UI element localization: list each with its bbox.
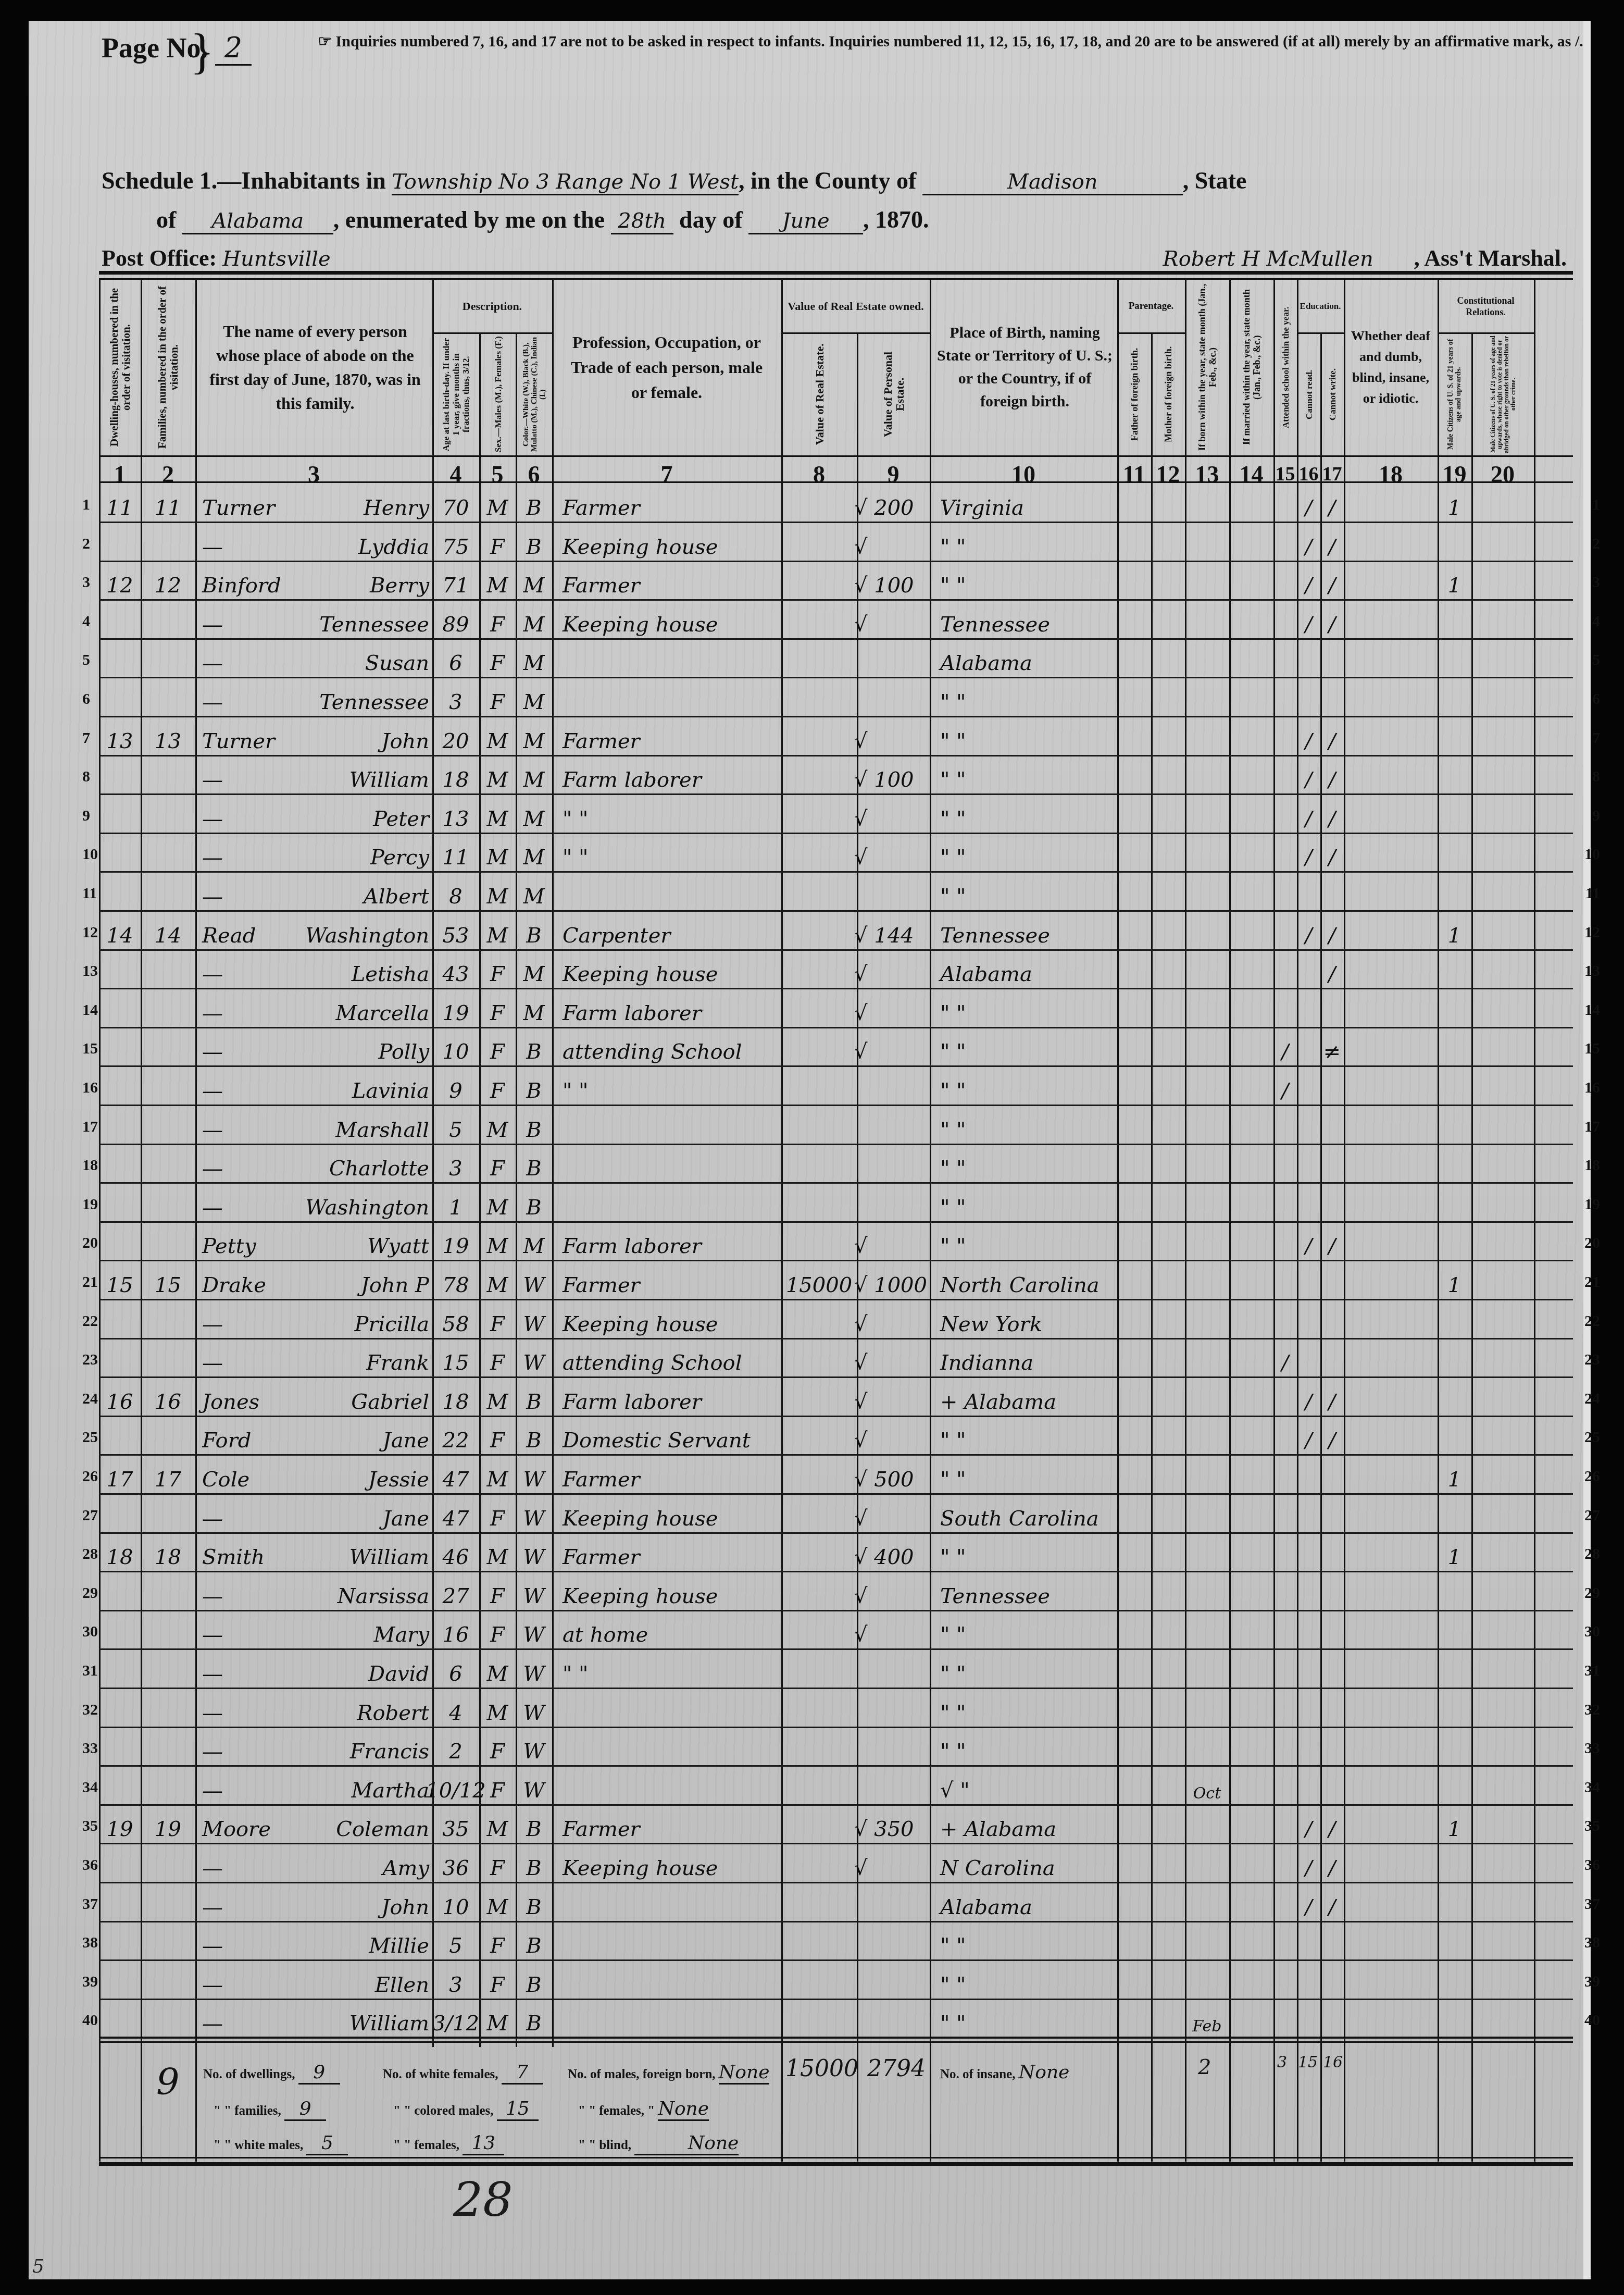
- line-number-right: 10: [1584, 846, 1600, 863]
- school-mark: [1273, 603, 1297, 637]
- color: W: [516, 1497, 552, 1531]
- sex: M: [479, 487, 516, 520]
- summary-dwellings: No. of dwellings, 9: [203, 2062, 340, 2085]
- cannot-write-mark: [1320, 875, 1344, 909]
- married-month: [1229, 1808, 1273, 1841]
- male-citizen-mark: 1: [1438, 564, 1471, 598]
- given-name: Charlotte: [297, 1147, 432, 1181]
- school-mark: [1273, 1692, 1297, 1725]
- cannot-write-mark: [1320, 2002, 1344, 2036]
- born-month: [1185, 1070, 1229, 1103]
- cannot-read-mark: /: [1297, 487, 1320, 520]
- dwelling-number: [99, 681, 141, 714]
- row-rule: [99, 522, 1573, 523]
- cannot-read-mark: /: [1297, 1419, 1320, 1453]
- cannot-read-mark: [1297, 2002, 1320, 2036]
- born-month: [1185, 526, 1229, 559]
- male-citizen-mark: [1438, 1147, 1471, 1181]
- sex: M: [479, 1536, 516, 1569]
- occupation: [557, 875, 786, 909]
- cannot-write-mark: [1320, 681, 1344, 714]
- marshal-signature: Robert H McMullen: [1122, 247, 1414, 272]
- color: M: [516, 798, 552, 831]
- male-citizen-mark: [1438, 1109, 1471, 1142]
- occupation: Farmer: [557, 1808, 786, 1841]
- given-name: Washington: [297, 1186, 432, 1220]
- born-month: [1185, 564, 1229, 598]
- age: 22: [432, 1419, 479, 1453]
- real-estate-value: [781, 1497, 857, 1531]
- dwelling-number: 13: [99, 720, 141, 753]
- line-number-left: 3: [82, 574, 90, 591]
- post-office-line: Post Office: Huntsville: [102, 245, 514, 272]
- header-education-group: Education.: [1298, 281, 1343, 331]
- age: 75: [432, 526, 479, 559]
- real-estate-value: [781, 1303, 857, 1336]
- row-rule: [99, 599, 1573, 601]
- school-mark: [1273, 914, 1297, 948]
- dwelling-number: [99, 1070, 141, 1103]
- occupation: [557, 2002, 786, 2036]
- cannot-write-mark: /: [1320, 487, 1344, 520]
- birthplace: Virginia: [935, 487, 1122, 520]
- color: B: [516, 1964, 552, 1997]
- cannot-read-mark: [1297, 1497, 1320, 1531]
- real-estate-value: [781, 2002, 857, 2036]
- surname: —: [197, 1886, 306, 1919]
- table-row: 40 — William 3/12 M B " " Feb 40: [99, 2000, 1573, 2039]
- header-age: Age at last birth-day. If under 1 year, …: [434, 336, 478, 453]
- personal-estate-value: √ 400: [849, 1536, 935, 1569]
- given-name: Berry: [297, 564, 432, 598]
- cannot-read-mark: /: [1297, 564, 1320, 598]
- colored-males-label: " " colored males,: [393, 2104, 494, 2118]
- white-females-value: 7: [502, 2062, 543, 2085]
- male-citizen-mark: [1438, 526, 1471, 559]
- summary-white-females: No. of white females, 7: [383, 2062, 543, 2085]
- row-rule: [99, 833, 1573, 834]
- line-number-left: 1: [82, 496, 90, 514]
- summary-write-total: 16: [1323, 2053, 1343, 2071]
- line-number-left: 14: [82, 1001, 98, 1019]
- given-name: Lavinia: [297, 1070, 432, 1103]
- personal-estate-value: √ 100: [849, 564, 935, 598]
- birthplace: " ": [935, 681, 1122, 714]
- cannot-write-mark: [1320, 1342, 1344, 1375]
- family-number: [141, 526, 195, 559]
- occupation: [557, 1769, 786, 1803]
- school-mark: /: [1273, 1342, 1297, 1375]
- age: 5: [432, 1109, 479, 1142]
- age: 5: [432, 1925, 479, 1958]
- male-citizen-mark: [1438, 1614, 1471, 1647]
- born-month: [1185, 1653, 1229, 1686]
- surname: Petty: [197, 1225, 306, 1258]
- sex: F: [479, 1070, 516, 1103]
- table-row: 29 — Narsissa 27 F W Keeping house √ Ten…: [99, 1573, 1573, 1611]
- line-number-right: 5: [1592, 651, 1600, 669]
- sex: M: [479, 836, 516, 870]
- occupation: Farmer: [557, 487, 786, 520]
- row-rule: [99, 988, 1573, 989]
- male-citizen-mark: 1: [1438, 1536, 1471, 1569]
- birthplace: New York: [935, 1303, 1122, 1336]
- table-row: 39 — Ellen 3 F B " " 39: [99, 1962, 1573, 2000]
- personal-estate-value: [849, 1653, 935, 1686]
- male-citizen-mark: [1438, 1886, 1471, 1919]
- families-value: 9: [284, 2098, 326, 2121]
- given-name: Wyatt: [297, 1225, 432, 1258]
- married-month: [1229, 1925, 1273, 1958]
- born-month: [1185, 1692, 1229, 1725]
- line-number-left: 36: [82, 1856, 98, 1874]
- header-mother-foreign: Mother of foreign birth.: [1153, 336, 1184, 453]
- given-name: Jane: [297, 1497, 432, 1531]
- line-number-left: 31: [82, 1662, 98, 1680]
- line-number-left: 2: [82, 535, 90, 553]
- family-number: [141, 759, 195, 792]
- table-top-rule: [99, 271, 1573, 275]
- school-mark: [1273, 1769, 1297, 1803]
- married-month: [1229, 1458, 1273, 1492]
- married-month: [1229, 681, 1273, 714]
- birthplace: " ": [935, 798, 1122, 831]
- real-estate-value: [781, 1419, 857, 1453]
- summary-personal-estate-total: 2794: [867, 2055, 926, 2082]
- county-field: Madison: [922, 170, 1183, 195]
- age: 6: [432, 1653, 479, 1686]
- married-month: [1229, 1769, 1273, 1803]
- table-row: 18 — Charlotte 3 F B " " 18: [99, 1145, 1573, 1184]
- surname: —: [197, 1303, 306, 1336]
- line-number-left: 38: [82, 1934, 98, 1952]
- line-number-right: 38: [1584, 1934, 1600, 1952]
- line-number-right: 3: [1592, 574, 1600, 591]
- real-estate-value: [781, 1342, 857, 1375]
- line-number-left: 30: [82, 1623, 98, 1641]
- male-citizen-mark: 1: [1438, 1264, 1471, 1297]
- line-number-left: 20: [82, 1234, 98, 1252]
- given-name: Amy: [297, 1847, 432, 1880]
- color: W: [516, 1458, 552, 1492]
- family-number: [141, 603, 195, 637]
- male-citizen-mark: [1438, 1342, 1471, 1375]
- line-number-left: 4: [82, 613, 90, 630]
- table-row: 7 13 13 Turner John 20 M M Farmer √ " " …: [99, 718, 1573, 756]
- cannot-read-mark: /: [1297, 798, 1320, 831]
- cannot-write-mark: [1320, 1692, 1344, 1725]
- table-row: 12 14 14 Read Washington 53 M B Carpente…: [99, 912, 1573, 951]
- header-dwelling: Dwelling-houses, numbered in the order o…: [101, 281, 140, 453]
- school-mark: [1273, 836, 1297, 870]
- married-month: [1229, 1381, 1273, 1414]
- line-number-left: 27: [82, 1507, 98, 1524]
- dwelling-number: [99, 642, 141, 675]
- table-row: 19 — Washington 1 M B " " 19: [99, 1184, 1573, 1223]
- dwellings-value: 9: [298, 2062, 340, 2085]
- surname: —: [197, 1730, 306, 1764]
- birthplace: " ": [935, 759, 1122, 792]
- table-row: 38 — Millie 5 F B " " 38: [99, 1922, 1573, 1961]
- dwelling-number: 19: [99, 1808, 141, 1841]
- male-citizen-mark: [1438, 1186, 1471, 1220]
- birthplace: " ": [935, 1536, 1122, 1569]
- given-name: Francis: [297, 1730, 432, 1764]
- personal-estate-value: [849, 1886, 935, 1919]
- married-month: [1229, 759, 1273, 792]
- line-number-left: 32: [82, 1701, 98, 1719]
- line-number-right: 7: [1592, 729, 1600, 747]
- row-rule: [99, 677, 1573, 678]
- personal-estate-value: [849, 875, 935, 909]
- cannot-read-mark: [1297, 1964, 1320, 1997]
- header-sex: Sex.—Males (M.), Females (F.): [481, 336, 515, 453]
- line-number-right: 28: [1584, 1545, 1600, 1563]
- post-office-label: Post Office:: [102, 245, 217, 271]
- row-rule: [99, 1999, 1573, 2000]
- occupation: at home: [557, 1614, 786, 1647]
- born-month: [1185, 1614, 1229, 1647]
- real-estate-value: [781, 1458, 857, 1492]
- given-name: Marcella: [297, 992, 432, 1025]
- dwelling-number: 16: [99, 1381, 141, 1414]
- birthplace: " ": [935, 564, 1122, 598]
- birthplace: " ": [935, 1109, 1122, 1142]
- school-mark: [1273, 1925, 1297, 1958]
- color: W: [516, 1653, 552, 1686]
- occupation: Keeping house: [557, 953, 786, 986]
- birthplace: North Carolina: [935, 1264, 1122, 1297]
- birthplace: Alabama: [935, 1886, 1122, 1919]
- line-number-left: 26: [82, 1468, 98, 1485]
- personal-estate-value: √: [849, 1847, 935, 1880]
- summary-colored-females: " " females, 13: [393, 2132, 504, 2155]
- cannot-write-mark: /: [1320, 1886, 1344, 1919]
- dwelling-number: 18: [99, 1536, 141, 1569]
- color: B: [516, 2002, 552, 2036]
- born-month: [1185, 1186, 1229, 1220]
- surname: —: [197, 681, 306, 714]
- male-citizen-mark: [1438, 953, 1471, 986]
- personal-estate-value: [849, 1925, 935, 1958]
- cannot-write-mark: /: [1320, 526, 1344, 559]
- birthplace: " ": [935, 1925, 1122, 1958]
- header-vote-denied: Male Citizens of U. S. of 21 years of ag…: [1473, 336, 1533, 453]
- real-estate-value: [781, 1031, 857, 1064]
- table-row: 25 Ford Jane 22 F B Domestic Servant √ "…: [99, 1417, 1573, 1456]
- given-name: Tennessee: [297, 603, 432, 637]
- age: 53: [432, 914, 479, 948]
- personal-estate-value: √ 200: [849, 487, 935, 520]
- male-citizen-mark: [1438, 681, 1471, 714]
- line-number-left: 21: [82, 1273, 98, 1291]
- born-month: [1185, 681, 1229, 714]
- dwelling-number: [99, 1031, 141, 1064]
- born-month: [1185, 1730, 1229, 1764]
- table-bottom-rule: [99, 2157, 1573, 2158]
- given-name: John: [297, 720, 432, 753]
- family-number: [141, 953, 195, 986]
- sex: M: [479, 1692, 516, 1725]
- occupation: [557, 681, 786, 714]
- school-mark: [1273, 1225, 1297, 1258]
- cannot-read-mark: [1297, 1730, 1320, 1764]
- occupation: [557, 1109, 786, 1142]
- personal-estate-value: √: [849, 1575, 935, 1608]
- line-number-right: 18: [1584, 1157, 1600, 1174]
- line-number-left: 29: [82, 1584, 98, 1602]
- surname: —: [197, 875, 306, 909]
- occupation: Keeping house: [557, 603, 786, 637]
- table-row: 9 — Peter 13 M M " " √ " " / / 9: [99, 796, 1573, 834]
- occupation: attending School: [557, 1031, 786, 1064]
- given-name: Polly: [297, 1031, 432, 1064]
- table-row: 13 — Letisha 43 F M Keeping house √ Alab…: [99, 951, 1573, 989]
- real-estate-value: [781, 1536, 857, 1569]
- given-name: Letisha: [297, 953, 432, 986]
- family-number: [141, 1186, 195, 1220]
- given-name: Percy: [297, 836, 432, 870]
- surname: —: [197, 1109, 306, 1142]
- born-month: [1185, 720, 1229, 753]
- table-row: 21 15 15 Drake John P 78 M W Farmer 1500…: [99, 1262, 1573, 1300]
- cannot-read-mark: /: [1297, 1381, 1320, 1414]
- personal-estate-value: √: [849, 1225, 935, 1258]
- married-month: [1229, 642, 1273, 675]
- dwelling-number: [99, 1653, 141, 1686]
- state-field: Alabama: [182, 209, 333, 234]
- table-row: 26 17 17 Cole Jessie 47 M W Farmer √ 500…: [99, 1456, 1573, 1495]
- real-estate-value: [781, 1186, 857, 1220]
- sex: M: [479, 759, 516, 792]
- dwelling-number: [99, 603, 141, 637]
- line-number-left: 9: [82, 807, 90, 825]
- sex: F: [479, 1303, 516, 1336]
- real-estate-value: [781, 1575, 857, 1608]
- birthplace: √ ": [935, 1769, 1122, 1803]
- personal-estate-value: √: [849, 1381, 935, 1414]
- page-number: Page No.2: [102, 31, 252, 66]
- header-born-month: If born within the year, state month (Ja…: [1186, 281, 1228, 453]
- age: 4: [432, 1692, 479, 1725]
- colored-males-value: 15: [497, 2098, 539, 2121]
- header-occupation: Profession, Occupation, or Trade of each…: [563, 281, 771, 453]
- family-number: [141, 1109, 195, 1142]
- family-number: 17: [141, 1458, 195, 1492]
- color: W: [516, 1342, 552, 1375]
- cannot-read-mark: /: [1297, 1808, 1320, 1841]
- sex: M: [479, 1653, 516, 1686]
- line-number-right: 34: [1584, 1779, 1600, 1796]
- cannot-read-mark: [1297, 1536, 1320, 1569]
- table-row: 5 — Susan 6 F M Alabama 5: [99, 640, 1573, 678]
- row-rule: [99, 561, 1573, 562]
- sex: F: [479, 1497, 516, 1531]
- school-mark: [1273, 875, 1297, 909]
- real-estate-value: [781, 1730, 857, 1764]
- male-citizen-mark: [1438, 836, 1471, 870]
- birthplace: " ": [935, 1419, 1122, 1453]
- given-name: Pricilla: [297, 1303, 432, 1336]
- occupation: [557, 1186, 786, 1220]
- color: W: [516, 1692, 552, 1725]
- born-month: [1185, 1497, 1229, 1531]
- sex: M: [479, 2002, 516, 2036]
- color: B: [516, 1419, 552, 1453]
- school-mark: [1273, 526, 1297, 559]
- cannot-write-mark: [1320, 992, 1344, 1025]
- line-number-right: 27: [1584, 1507, 1600, 1524]
- sex: F: [479, 1575, 516, 1608]
- school-mark: [1273, 798, 1297, 831]
- header-male-citizens: Male Citizens of U. S. of 21 years of ag…: [1439, 336, 1470, 453]
- personal-estate-value: √: [849, 992, 935, 1025]
- occupation: Farmer: [557, 1264, 786, 1297]
- line-number-right: 35: [1584, 1817, 1600, 1835]
- summary-insane: No. of insane, None: [940, 2062, 1069, 2083]
- born-month: [1185, 1458, 1229, 1492]
- birthplace: " ": [935, 720, 1122, 753]
- row-rule: [99, 871, 1573, 873]
- line-number-right: 9: [1592, 807, 1600, 825]
- table-row: 1 11 11 Turner Henry 70 M B Farmer √ 200…: [99, 485, 1573, 523]
- school-mark: [1273, 1653, 1297, 1686]
- born-month: [1185, 836, 1229, 870]
- born-month: [1185, 875, 1229, 909]
- families-label: " " families,: [214, 2104, 281, 2118]
- school-mark: [1273, 564, 1297, 598]
- dwelling-number: [99, 1847, 141, 1880]
- sex: F: [479, 603, 516, 637]
- sex: M: [479, 564, 516, 598]
- given-name: Susan: [297, 642, 432, 675]
- header-personal-estate: Value of Personal Estate.: [858, 336, 929, 453]
- color: W: [516, 1769, 552, 1803]
- born-month: [1185, 1808, 1229, 1841]
- surname: —: [197, 1342, 306, 1375]
- color: M: [516, 603, 552, 637]
- county-label: , in the County of: [739, 167, 916, 194]
- header-father-foreign: Father of foreign birth.: [1119, 336, 1150, 453]
- real-estate-value: [781, 798, 857, 831]
- family-number: [141, 836, 195, 870]
- line-number-right: 13: [1584, 962, 1600, 980]
- married-month: [1229, 1886, 1273, 1919]
- occupation: [557, 1692, 786, 1725]
- header-parentage-group: Parentage.: [1118, 281, 1184, 331]
- occupation: Keeping house: [557, 1575, 786, 1608]
- born-month: [1185, 1419, 1229, 1453]
- real-estate-value: [781, 1808, 857, 1841]
- dwelling-number: 12: [99, 564, 141, 598]
- male-citizen-mark: [1438, 1692, 1471, 1725]
- row-rule: [99, 638, 1573, 640]
- family-number: 12: [141, 564, 195, 598]
- married-month: [1229, 1342, 1273, 1375]
- color: W: [516, 1730, 552, 1764]
- color: B: [516, 1147, 552, 1181]
- school-mark: [1273, 1964, 1297, 1997]
- surname: —: [197, 2002, 306, 2036]
- line-number-right: 39: [1584, 1973, 1600, 1991]
- age: 47: [432, 1458, 479, 1492]
- age: 46: [432, 1536, 479, 1569]
- white-males-label: " " white males,: [214, 2138, 303, 2152]
- born-month: [1185, 1109, 1229, 1142]
- male-citizen-mark: [1438, 992, 1471, 1025]
- row-rule: [99, 949, 1573, 951]
- married-month: [1229, 1536, 1273, 1569]
